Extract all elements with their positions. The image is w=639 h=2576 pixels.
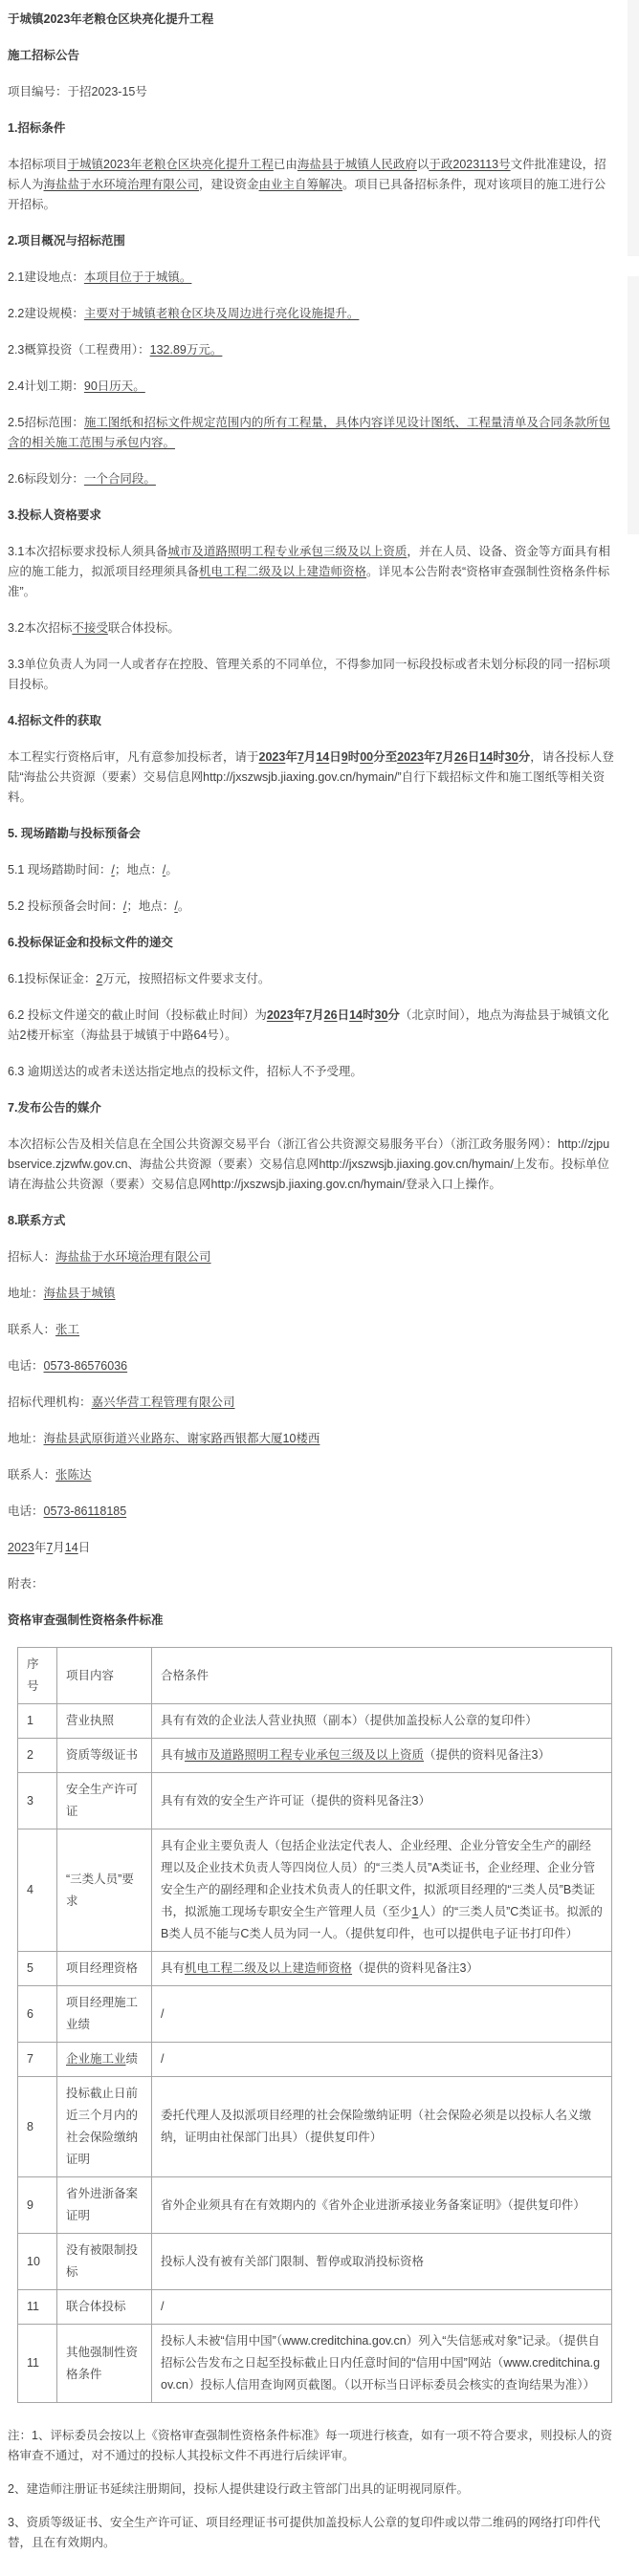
row-number-cell: 2	[18, 1739, 57, 1773]
condition-cell: 具有企业主要负责人（包括企业法定代表人、企业经理、企业分管安全生产的副经理以及企…	[152, 1829, 612, 1952]
condition-cell: 投标人未被“信用中国”（www.creditchina.gov.cn）列入“失信…	[152, 2325, 612, 2403]
text-run: （提供的资料见备注3）	[352, 1961, 478, 1975]
text-run: 张工	[55, 1323, 79, 1336]
item-cell: 项目经理资格	[57, 1952, 152, 1986]
text-run: （提供的资料见备注3）	[424, 1748, 550, 1762]
text-run: 绩	[126, 2052, 139, 2066]
text-run: 地址：	[8, 1432, 44, 1445]
text-run: 本工程实行资格后审，凡有意参加投标者，请于	[8, 750, 259, 764]
text-run: 海盐县于城镇	[44, 1287, 116, 1300]
text-run: 14	[65, 1541, 78, 1554]
text-run: 6.1投标保证金：	[8, 972, 96, 985]
text-run: 2.1建设地点：	[8, 271, 84, 284]
text-run: 年	[34, 1541, 47, 1554]
text-run: 月	[442, 750, 454, 764]
text-run: 5.1 现场踏勘时间：	[8, 863, 111, 877]
text-run: 已由	[274, 158, 297, 171]
text-run: 电话：	[8, 1359, 44, 1373]
clause-3-2: 3.2本次招标不接受联合体投标。	[8, 618, 614, 639]
document-subtitle: 施工招标公告	[8, 46, 614, 66]
section-3-heading: 3.投标人资格要求	[8, 506, 614, 526]
text-run: 没有被限制投标	[66, 2243, 138, 2279]
agency-line: 招标代理机构：嘉兴华营工程管理有限公司	[8, 1393, 614, 1413]
text-run: 6.投标保证金和投标文件的递交	[8, 936, 173, 949]
clause-5-1: 5.1 现场踏勘时间：/；地点：/。	[8, 860, 614, 880]
table-note-1: 注：1、评标委员会按以上《资格审查强制性资格条件标准》每一项进行核查，如有一项不…	[8, 2426, 614, 2466]
text-run: 0573-86118185	[44, 1504, 127, 1518]
text-run: 机电工程二级及以上建造师资格	[185, 1961, 352, 1975]
table-note-2: 2、建造师注册证书延续注册期间，投标人提供建设行政主管部门出具的证明视同原件。	[8, 2479, 614, 2500]
text-run: 海盐县于城镇人民政府	[297, 158, 417, 171]
table-header-cell: 项目内容	[57, 1648, 152, 1704]
condition-cell: /	[152, 2290, 612, 2325]
text-run: 8.联系方式	[8, 1214, 65, 1227]
clause-3-1: 3.1本次招标要求投标人须具备城市及道路照明工程专业承包三级及以上资质，并在人员…	[8, 542, 614, 602]
table-row: 9省外进浙备案证明省外企业须具有在有效期内的《省外企业进浙承接业务备案证明》（提…	[18, 2177, 612, 2234]
qualification-table-title: 资格审查强制性资格条件标准	[8, 1611, 614, 1631]
text-run: 不接受	[72, 621, 108, 635]
table-row: 1营业执照具有有效的企业法人营业执照（副本）（提供加盖投标人公章的复印件）	[18, 1704, 612, 1739]
row-number-cell: 7	[18, 2043, 57, 2077]
text-run: 本次招标公告及相关信息在全国公共资源交易平台（浙江省公共资源交易服务平台）（浙江…	[8, 1137, 609, 1191]
tender-announcement-page: 于城镇2023年老粮仓区块亮化提升工程 施工招标公告 项目编号：于招2023-1…	[0, 0, 639, 2576]
item-cell: 联合体投标	[57, 2290, 152, 2325]
text-run: 日	[78, 1541, 91, 1554]
text-run: 机电工程二级及以上建造师资格	[199, 565, 366, 578]
clause-2-5: 2.5招标范围：施工图纸和招标文件规定范围内的所有工程量，具体内容详见设计图纸、…	[8, 413, 614, 453]
text-run: 5. 现场踏勘与投标预备会	[8, 827, 141, 840]
text-run: 132.89万元。	[150, 343, 223, 357]
clause-6-3: 6.3 逾期送达的或者未送达指定地点的投标文件，招标人不予受理。	[8, 1062, 614, 1082]
text-run: 2.3概算投资（工程费用）：	[8, 343, 150, 357]
text-run: 7.发布公告的媒介	[8, 1101, 101, 1115]
text-run: 14	[349, 1008, 363, 1022]
row-number-cell: 8	[18, 2077, 57, 2177]
tenderer-contact-line: 联系人：张工	[8, 1320, 614, 1340]
tenderer-line: 招标人：海盐盐于水环境治理有限公司	[8, 1247, 614, 1267]
item-cell: 其他强制性资格条件	[57, 2325, 152, 2403]
text-run: 2.5招标范围：	[8, 416, 84, 429]
row-number-cell: 3	[18, 1773, 57, 1829]
table-row: 2资质等级证书具有城市及道路照明工程专业承包三级及以上资质（提供的资料见备注3）	[18, 1739, 612, 1773]
text-run: 海盐县武原街道兴业路东、谢家路西银都大厦10楼西	[44, 1432, 320, 1445]
text-run: 营业执照	[66, 1714, 114, 1727]
item-cell: 没有被限制投标	[57, 2234, 152, 2290]
text-run: 张陈达	[55, 1468, 92, 1482]
text-run: 投标截止日前近三个月内的社会保险缴纳证明	[66, 2087, 138, 2166]
text-run: 时	[363, 1008, 375, 1022]
section-2-heading: 2.项目概况与招标范围	[8, 231, 614, 251]
scrollbar-track[interactable]	[628, 276, 639, 534]
text-run: 于城镇2023年老粮仓区块亮化提升工程	[68, 158, 274, 171]
condition-cell: /	[152, 1986, 612, 2043]
condition-cell: 具有有效的安全生产许可证（提供的资料见备注3）	[152, 1773, 612, 1829]
tenderer-address-line: 地址：海盐县于城镇	[8, 1284, 614, 1304]
text-run: 30	[375, 1008, 388, 1022]
text-run: 时	[493, 750, 505, 764]
text-run: 项目经理资格	[66, 1961, 138, 1975]
text-run: 2.2建设规模：	[8, 307, 84, 320]
text-run: 省外进浙备案证明	[66, 2187, 138, 2222]
text-run: 本招标项目	[8, 158, 68, 171]
text-run: 城市及道路照明工程专业承包三级及以上资质	[185, 1748, 424, 1762]
item-cell: 项目经理施工业绩	[57, 1986, 152, 2043]
text-run: 。	[178, 899, 190, 913]
text-run: 海盐盐于水环境治理有限公司	[55, 1250, 211, 1264]
table-header-cell: 序号	[18, 1648, 57, 1704]
text-run: 26	[324, 1008, 338, 1022]
text-run: 安全生产许可证	[66, 1783, 138, 1818]
text-run: 3、资质等级证书、安全生产许可证、项目经理证书可提供加盖投标人公章的复印件或以带…	[8, 2516, 600, 2549]
section-4-paragraph: 本工程实行资格后审，凡有意参加投标者，请于2023年7月14日9时00分至202…	[8, 747, 614, 808]
text-run: 9	[342, 750, 348, 764]
text-run: 5.2 投标预备会时间：	[8, 899, 123, 913]
row-number-cell: 11	[18, 2290, 57, 2325]
clause-2-1: 2.1建设地点：本项目位于于城镇。	[8, 268, 614, 288]
text-run: 招标人：	[8, 1250, 55, 1264]
row-number-cell: 11	[18, 2325, 57, 2403]
condition-cell: 投标人没有被有关部门限制、暂停或取消投标资格	[152, 2234, 612, 2290]
project-number-line: 项目编号：于招2023-15号	[8, 82, 614, 102]
text-run: 2.4计划工期：	[8, 379, 84, 393]
condition-cell: 委托代理人及拟派项目经理的社会保险缴纳证明（社会保险必须是以投标人名义缴纳，证明…	[152, 2077, 612, 2177]
text-run: 00	[360, 750, 373, 764]
text-run: 于政2023113号	[429, 158, 510, 171]
section-7-heading: 7.发布公告的媒介	[8, 1098, 614, 1118]
item-cell: 营业执照	[57, 1704, 152, 1739]
condition-cell: 具有城市及道路照明工程专业承包三级及以上资质（提供的资料见备注3）	[152, 1739, 612, 1773]
text-run: 月	[53, 1541, 65, 1554]
text-run: 具有	[161, 1748, 185, 1762]
text-run: 。	[165, 863, 178, 877]
clause-6-2: 6.2 投标文件递交的截止时间（投标截止时间）为2023年7月26日14时30分…	[8, 1006, 614, 1046]
text-run: 联系人：	[8, 1468, 55, 1482]
text-run: 0573-86576036	[44, 1359, 128, 1373]
text-run: 招标代理机构：	[8, 1396, 92, 1409]
text-run: 电话：	[8, 1504, 44, 1518]
row-number-cell: 9	[18, 2177, 57, 2234]
text-run: 年	[424, 750, 436, 764]
text-run: 2.6标段划分：	[8, 472, 84, 486]
agency-address-line: 地址：海盐县武原街道兴业路东、谢家路西银都大厦10楼西	[8, 1429, 614, 1449]
text-run: 2023	[267, 1008, 294, 1022]
text-run: 2.项目概况与招标范围	[8, 234, 125, 248]
text-run: 联系人：	[8, 1323, 55, 1336]
text-run: 1.招标条件	[8, 121, 65, 135]
text-run: 资格审查强制性资格条件标准	[8, 1613, 164, 1627]
text-run: 投标人没有被有关部门限制、暂停或取消投标资格	[161, 2255, 424, 2268]
clause-6-1: 6.1投标保证金：2万元，按照招标文件要求支付。	[8, 969, 614, 989]
row-number-cell: 1	[18, 1704, 57, 1739]
text-run: 由业主自筹解决	[259, 178, 343, 191]
condition-cell: /	[152, 2043, 612, 2077]
text-run: “三类人员”要求	[66, 1872, 134, 1908]
text-run: 具有	[161, 1961, 185, 1975]
clause-5-2: 5.2 投标预备会时间：/；地点：/。	[8, 897, 614, 917]
item-cell: 省外进浙备案证明	[57, 2177, 152, 2234]
text-run: 一个合同段。	[84, 472, 156, 486]
clause-2-2: 2.2建设规模：主要对于城镇老粮仓区块及周边进行亮化设施提升。	[8, 304, 614, 324]
text-run: 联合体投标。	[108, 621, 180, 635]
table-row: 6项目经理施工业绩/	[18, 1986, 612, 2043]
text-run: 6.2 投标文件递交的截止时间（投标截止时间）为	[8, 1008, 267, 1022]
text-run: 分至	[373, 750, 397, 764]
text-run: 具有有效的企业法人营业执照（副本）（提供加盖投标人公章的复印件）	[161, 1714, 538, 1727]
item-cell: 企业施工业绩	[57, 2043, 152, 2077]
table-note-3: 3、资质等级证书、安全生产许可证、项目经理证书可提供加盖投标人公章的复印件或以带…	[8, 2513, 614, 2553]
text-run: 30	[505, 750, 518, 764]
text-run: 日	[329, 750, 342, 764]
text-run: 6.3 逾期送达的或者未送达指定地点的投标文件，招标人不予受理。	[8, 1065, 363, 1078]
table-row: 10没有被限制投标投标人没有被有关部门限制、暂停或取消投标资格	[18, 2234, 612, 2290]
text-run: 委托代理人及拟派项目经理的社会保险缴纳证明（社会保险必须是以投标人名义缴纳，证明…	[161, 2109, 591, 2144]
agency-phone-line: 电话：0573-86118185	[8, 1502, 614, 1522]
text-run: 附表：	[8, 1577, 44, 1591]
clause-2-6: 2.6标段划分：一个合同段。	[8, 469, 614, 489]
text-run: 分	[518, 750, 531, 764]
text-run: /	[161, 2007, 164, 2021]
section-4-heading: 4.招标文件的获取	[8, 711, 614, 731]
text-run: 注：1、评标委员会按以上《资格审查强制性资格条件标准》每一项进行核查，如有一项不…	[8, 2429, 612, 2462]
announcement-document: 于城镇2023年老粮仓区块亮化提升工程 施工招标公告 项目编号：于招2023-1…	[0, 0, 639, 2576]
table-row: 11联合体投标/	[18, 2290, 612, 2325]
clause-2-3: 2.3概算投资（工程费用）：132.89万元。	[8, 340, 614, 360]
section-7-paragraph: 本次招标公告及相关信息在全国公共资源交易平台（浙江省公共资源交易服务平台）（浙江…	[8, 1135, 614, 1195]
item-cell: 投标截止日前近三个月内的社会保险缴纳证明	[57, 2077, 152, 2177]
text-run: 14	[316, 750, 329, 764]
text-run: 7	[297, 750, 304, 764]
text-run: 90日历天。	[84, 379, 145, 393]
agency-contact-line: 联系人：张陈达	[8, 1465, 614, 1485]
section-1-paragraph: 本招标项目于城镇2023年老粮仓区块亮化提升工程已由海盐县于城镇人民政府以于政2…	[8, 155, 614, 215]
condition-cell: 具有机电工程二级及以上建造师资格（提供的资料见备注3）	[152, 1952, 612, 1986]
row-number-cell: 6	[18, 1986, 57, 2043]
text-run: 项目经理施工业绩	[66, 1996, 138, 2031]
text-run: 2、建造师注册证书延续注册期间，投标人提供建设行政主管部门出具的证明视同原件。	[8, 2482, 469, 2496]
section-6-heading: 6.投标保证金和投标文件的递交	[8, 933, 614, 953]
text-run: 月	[304, 750, 317, 764]
text-run: 具有有效的安全生产许可证（提供的资料见备注3）	[161, 1794, 430, 1808]
text-run: 14	[479, 750, 493, 764]
row-number-cell: 10	[18, 2234, 57, 2290]
table-row: 8投标截止日前近三个月内的社会保险缴纳证明委托代理人及拟派项目经理的社会保险缴纳…	[18, 2077, 612, 2177]
text-run: 年	[285, 750, 297, 764]
text-run: 2023	[397, 750, 424, 764]
text-run: 联合体投标	[66, 2300, 126, 2313]
text-run: 2023	[8, 1541, 34, 1554]
table-header-cell: 合格条件	[152, 1648, 612, 1704]
section-5-heading: 5. 现场踏勘与投标预备会	[8, 824, 614, 844]
text-run: /	[161, 2300, 164, 2313]
item-cell: 安全生产许可证	[57, 1773, 152, 1829]
text-run: 投标人未被“信用中国”（www.creditchina.gov.cn）列入“失信…	[161, 2334, 600, 2392]
text-run: 26	[454, 750, 468, 764]
text-run: 海盐盐于水环境治理有限公司	[44, 178, 200, 191]
text-run: 日	[338, 1008, 350, 1022]
qualification-criteria-table: 序号项目内容合格条件1营业执照具有有效的企业法人营业执照（副本）（提供加盖投标人…	[17, 1647, 612, 2403]
text-run: 施工图纸和招标文件规定范围内的所有工程量，具体内容详见设计图纸、工程量清单及合同…	[8, 416, 610, 449]
item-cell: “三类人员”要求	[57, 1829, 152, 1952]
text-run: 分	[387, 1008, 400, 1022]
scrollbar-thumb[interactable]	[628, 0, 639, 256]
table-row: 3安全生产许可证具有有效的安全生产许可证（提供的资料见备注3）	[18, 1773, 612, 1829]
text-run: 日	[468, 750, 480, 764]
text-run: 年	[294, 1008, 306, 1022]
condition-cell: 具有有效的企业法人营业执照（副本）（提供加盖投标人公章的复印件）	[152, 1704, 612, 1739]
table-row: 11其他强制性资格条件投标人未被“信用中国”（www.creditchina.g…	[18, 2325, 612, 2403]
text-run: 其他强制性资格条件	[66, 2346, 138, 2381]
table-row: 4“三类人员”要求具有企业主要负责人（包括企业法定代表人、企业经理、企业分管安全…	[18, 1829, 612, 1952]
item-cell: 资质等级证书	[57, 1739, 152, 1773]
text-run: 时	[348, 750, 361, 764]
clause-2-4: 2.4计划工期：90日历天。	[8, 377, 614, 397]
text-run: ，建设资金	[199, 178, 259, 191]
text-run: 省外企业须具有在有效期内的《省外企业进浙承接业务备案证明》（提供复印件）	[161, 2198, 585, 2212]
table-header-row: 序号项目内容合格条件	[18, 1648, 612, 1704]
table-row: 7企业施工业绩/	[18, 2043, 612, 2077]
text-run: 企业施工业	[66, 2052, 126, 2066]
clause-3-3: 3.3单位负责人为同一人或者存在控股、管理关系的不同单位，不得参加同一标段投标或…	[8, 655, 614, 695]
text-run: 3.3单位负责人为同一人或者存在控股、管理关系的不同单位，不得参加同一标段投标或…	[8, 658, 610, 691]
row-number-cell: 5	[18, 1952, 57, 1986]
announcement-date: 2023年7月14日	[8, 1538, 614, 1558]
text-run: 3.投标人资格要求	[8, 509, 101, 522]
text-run: 主要对于城镇老粮仓区块及周边进行亮化设施提升。	[84, 307, 360, 320]
text-run: 月	[312, 1008, 324, 1022]
section-1-heading: 1.招标条件	[8, 119, 614, 139]
text-run: 万元，按照招标文件要求支付。	[102, 972, 270, 985]
text-run: 地址：	[8, 1287, 44, 1300]
text-run: 本项目位于于城镇。	[84, 271, 192, 284]
text-run: ；地点：	[115, 863, 163, 877]
text-run: 2023	[259, 750, 286, 764]
document-body: 1.招标条件本招标项目于城镇2023年老粮仓区块亮化提升工程已由海盐县于城镇人民…	[8, 119, 614, 2553]
condition-cell: 省外企业须具有在有效期内的《省外企业进浙承接业务备案证明》（提供复印件）	[152, 2177, 612, 2234]
appendix-label: 附表：	[8, 1574, 614, 1594]
text-run: ；地点：	[126, 899, 174, 913]
tenderer-phone-line: 电话：0573-86576036	[8, 1356, 614, 1376]
text-run: 嘉兴华营工程管理有限公司	[92, 1396, 235, 1409]
text-run: /	[161, 2052, 164, 2066]
text-run: 4.招标文件的获取	[8, 714, 101, 727]
row-number-cell: 4	[18, 1829, 57, 1952]
text-run: 城市及道路照明工程专业承包三级及以上资质	[167, 545, 407, 558]
text-run: 3.1本次招标要求投标人须具备	[8, 545, 167, 558]
text-run: 以	[417, 158, 430, 171]
table-row: 5项目经理资格具有机电工程二级及以上建造师资格（提供的资料见备注3）	[18, 1952, 612, 1986]
section-8-heading: 8.联系方式	[8, 1211, 614, 1231]
text-run: 资质等级证书	[66, 1748, 138, 1762]
text-run: 3.2本次招标	[8, 621, 72, 635]
document-title: 于城镇2023年老粮仓区块亮化提升工程	[8, 10, 614, 30]
